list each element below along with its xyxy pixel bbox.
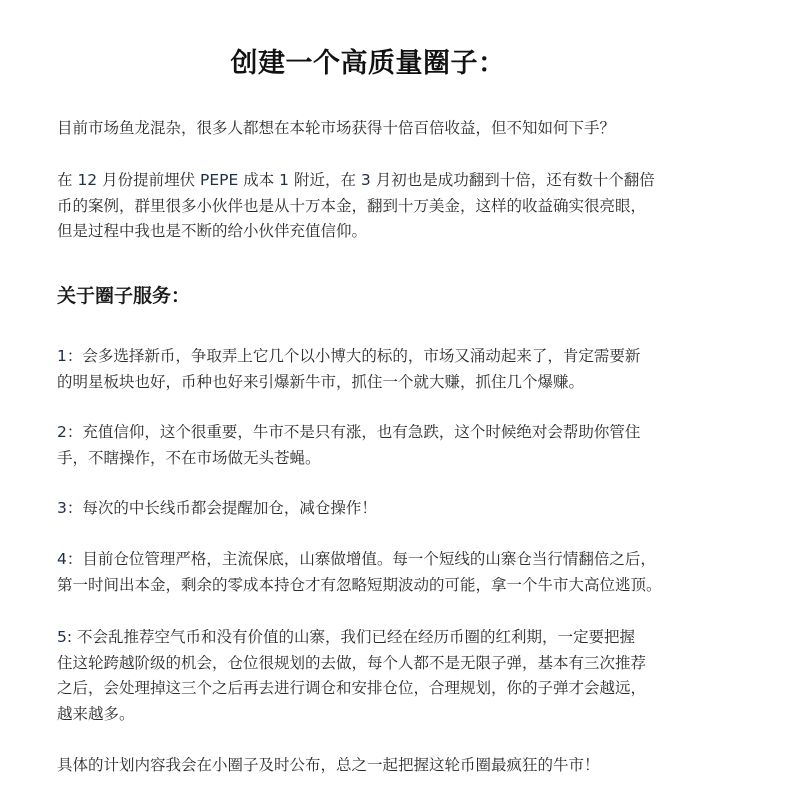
service-line: 3：每次的中长线币都会提醒加仓，减仓操作！ [57, 496, 757, 522]
separator: ： [67, 499, 83, 517]
separator: : [67, 628, 77, 646]
service-line: 越来越多。 [57, 702, 757, 728]
separator: ： [67, 550, 83, 568]
closing-paragraph: 具体的计划内容我会在小圈子及时公布，总之一起把握这轮币圈最疯狂的牛市！ [57, 753, 757, 779]
closing-line: 具体的计划内容我会在小圈子及时公布，总之一起把握这轮币圈最疯狂的牛市！ [57, 753, 757, 779]
service-line: 1：会多选择新币，争取弄上它几个以小博大的标的，市场又涌动起来了，肯定需要新 [57, 344, 757, 370]
services-heading: 关于圈子服务： [57, 282, 190, 310]
service-line: 之后，会处理掉这三个之后再去进行调仓和安排仓位，合理规划，你的子弹才会越远， [57, 676, 757, 702]
text: 成本 [238, 171, 279, 189]
intro-line: 目前市场鱼龙混杂，很多人都想在本轮市场获得十倍百倍收益，但不知如何下手？ [57, 116, 757, 142]
text: 附近，在 [289, 171, 361, 189]
service-number: 1 [57, 347, 67, 365]
separator: ： [67, 347, 83, 365]
service-item-3: 3：每次的中长线币都会提醒加仓，减仓操作！ [57, 496, 757, 522]
service-line: 的明星板块也好，币种也好来引爆新牛市，抓住一个就大赚，抓住几个爆赚。 [57, 370, 757, 396]
separator: ： [67, 423, 83, 441]
intro-paragraph: 目前市场鱼龙混杂，很多人都想在本轮市场获得十倍百倍收益，但不知如何下手？ [57, 116, 757, 142]
text: 月份提前埋伏 [97, 171, 200, 189]
service-text: 充值信仰，这个很重要，牛市不是只有涨，也有急跌，这个时候绝对会帮助你管住 [82, 423, 640, 441]
text: 月初也是成功翻到十倍，还有数十个翻倍 [371, 171, 655, 189]
service-text: 不会乱推荐空气币和没有价值的山寨，我们已经在经历币圈的红利期，一定要把握 [77, 628, 635, 646]
service-item-5: 5: 不会乱推荐空气币和没有价值的山寨，我们已经在经历币圈的红利期，一定要把握 … [57, 625, 757, 727]
story-line-2: 币的案例，群里很多小伙伴也是从十万本金，翻到十万美金，这样的收益确实很亮眼， [57, 194, 757, 220]
service-item-1: 1：会多选择新币，争取弄上它几个以小博大的标的，市场又涌动起来了，肯定需要新 的… [57, 344, 757, 395]
highlight-number: 3 [361, 171, 371, 189]
service-item-2: 2：充值信仰，这个很重要，牛市不是只有涨，也有急跌，这个时候绝对会帮助你管住 手… [57, 420, 757, 471]
story-line-1: 在 12 月份提前埋伏 PEPE 成本 1 附近，在 3 月初也是成功翻到十倍，… [57, 168, 757, 194]
highlight-number: 12 [77, 171, 97, 189]
service-number: 5 [57, 628, 67, 646]
highlight-token: PEPE [200, 171, 238, 189]
service-line: 2：充值信仰，这个很重要，牛市不是只有涨，也有急跌，这个时候绝对会帮助你管住 [57, 420, 757, 446]
page-title: 创建一个高质量圈子： [0, 46, 736, 82]
text: 在 [57, 171, 77, 189]
service-text: 会多选择新币，争取弄上它几个以小博大的标的，市场又涌动起来了，肯定需要新 [82, 347, 640, 365]
service-number: 3 [57, 499, 67, 517]
service-number: 2 [57, 423, 67, 441]
service-text: 每次的中长线币都会提醒加仓，减仓操作！ [82, 499, 377, 517]
service-line: 住这轮跨越阶级的机会，仓位很规划的去做，每个人都不是无限子弹，基本有三次推荐 [57, 651, 757, 677]
service-line: 第一时间出本金，剩余的零成本持仓才有忽略短期波动的可能，拿一个牛市大高位逃顶。 [57, 573, 757, 599]
service-line: 4：目前仓位管理严格，主流保底，山寨做增值。每一个短线的山寨仓当行情翻倍之后， [57, 547, 757, 573]
story-paragraph: 在 12 月份提前埋伏 PEPE 成本 1 附近，在 3 月初也是成功翻到十倍，… [57, 168, 757, 245]
service-item-4: 4：目前仓位管理严格，主流保底，山寨做增值。每一个短线的山寨仓当行情翻倍之后， … [57, 547, 757, 598]
document-page: 创建一个高质量圈子： 目前市场鱼龙混杂，很多人都想在本轮市场获得十倍百倍收益，但… [0, 0, 796, 790]
story-line-3: 但是过程中我也是不断的给小伙伴充值信仰。 [57, 219, 757, 245]
service-text: 目前仓位管理严格，主流保底，山寨做增值。每一个短线的山寨仓当行情翻倍之后， [82, 550, 656, 568]
service-line: 5: 不会乱推荐空气币和没有价值的山寨，我们已经在经历币圈的红利期，一定要把握 [57, 625, 757, 651]
service-line: 手，不瞎操作，不在市场做无头苍蝇。 [57, 446, 757, 472]
highlight-number: 1 [279, 171, 289, 189]
service-number: 4 [57, 550, 67, 568]
